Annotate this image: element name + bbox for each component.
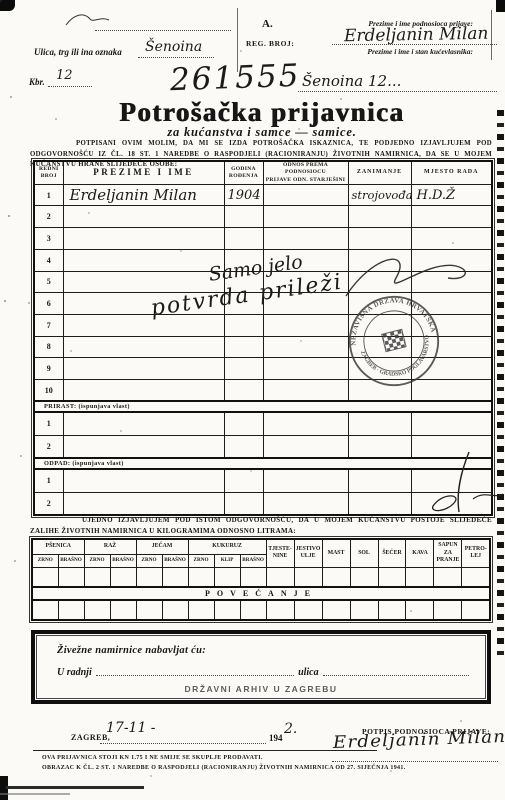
household-cell-num: 1 (34, 184, 63, 206)
household-header-cell: ZANIMANJE (348, 161, 411, 184)
supplies-table: PŠENICARAŽJEČAMKUKURUZTJESTE- NINEJESTIV… (31, 538, 491, 621)
prirast-row-num: 1 (34, 412, 63, 435)
supplies-increase-row (32, 600, 490, 620)
household-cell-name (63, 271, 224, 293)
household-cell-relation (263, 293, 348, 315)
supplies-increase-row-cell (322, 600, 350, 620)
section-letter: A. (262, 18, 273, 30)
supplies-stock-row (32, 567, 490, 587)
supplies-stock-row-cell (58, 567, 84, 587)
supplies-group-header: TJESTE- NINE (266, 539, 294, 567)
supplies-sub-header: KLIP (214, 554, 240, 567)
supplies-increase-row-cell (294, 600, 322, 620)
date-dotted-line (100, 743, 266, 744)
household-cell-year (224, 228, 263, 250)
procurement-title: Živežne namirnice nabavljat ću: (57, 645, 206, 656)
supplies-increase-row-cell (162, 600, 188, 620)
supplies-increase-row-cell (136, 600, 162, 620)
supplies-increase-row-cell (84, 600, 110, 620)
street-label: Ulica, trg ili ina oznaka (34, 47, 122, 57)
household-cell-relation (263, 206, 348, 228)
supplies-sub-header: BRAŠNO (240, 554, 266, 567)
household-cell-year (224, 358, 263, 380)
scan-noise (0, 0, 2, 2)
torn-paper-edge (497, 110, 504, 658)
odpad-row-cell (263, 492, 348, 515)
household-cell-num: 4 (34, 249, 63, 271)
stamp-coat-of-arms (382, 329, 406, 351)
household-cell-occupation (348, 228, 411, 250)
supplies-sub-header: BRAŠNO (162, 554, 188, 567)
household-cell-name: Erdeljanin Milan (63, 184, 224, 206)
form-subtitle: za kućanstva i samce — samice. (33, 125, 491, 140)
household-cell-num: 9 (34, 358, 63, 380)
footer-legal-note: OBRAZAC K ČL. 2 ST. 1 NAREDBE O RASPODJE… (42, 765, 406, 771)
prirast-row: 1 (34, 412, 492, 435)
household-cell-relation (263, 184, 348, 206)
household-cell-num: 7 (34, 314, 63, 336)
street-value-handwritten: Šenoina (145, 39, 202, 55)
supplies-stock-row-cell (378, 567, 406, 587)
supplies-group-header: MAST (322, 539, 350, 567)
household-cell-relation (263, 379, 348, 401)
supplies-increase-row-cell (350, 600, 378, 620)
procurement-box: Živežne namirnice nabavljat ću: U radnji… (31, 630, 491, 704)
supplies-stock-row-cell (294, 567, 322, 587)
household-header-cell: GODINA ROĐENJA (224, 161, 263, 184)
kbr-label: Kbr. (29, 77, 45, 87)
date-handwritten: 17-11 - (106, 720, 156, 736)
household-cell-num: 5 (34, 271, 63, 293)
supplies-group-header: SOL (350, 539, 378, 567)
household-header-cell: PREZIME I IME (63, 161, 224, 184)
household-cell-relation (263, 228, 348, 250)
supplies-stock-row-cell (240, 567, 266, 587)
supplies-stock-row-cell (322, 567, 350, 587)
supplies-sub-header: ZRNO (188, 554, 214, 567)
supplies-group-header: PŠENICA (32, 539, 84, 554)
supplies-group-header: JESTIVO ULJE (294, 539, 322, 567)
prirast-row-cell (224, 435, 263, 458)
supplies-stock-row-cell (188, 567, 214, 587)
household-row: 10 (34, 379, 492, 401)
prirast-row-cell (263, 435, 348, 458)
supplies-increase-row-cell (110, 600, 136, 620)
kbr-dotted-line (48, 86, 92, 87)
household-cell-name (63, 358, 224, 380)
supplies-group-header-row: PŠENICARAŽJEČAMKUKURUZTJESTE- NINEJESTIV… (32, 539, 490, 554)
household-cell-year (224, 271, 263, 293)
supplies-group-header: PETRO- LEJ (462, 539, 490, 567)
footer-price-note: OVA PRIJAVNICA STOJI KN 1.75 I NE SMIJE … (42, 755, 263, 761)
supplies-group-header: JEČAM (136, 539, 188, 554)
city-label: ZAGREB, (71, 733, 110, 742)
supplies-increase-row-cell (188, 600, 214, 620)
household-cell-year: 1904 (224, 184, 263, 206)
prirast-row-cell (348, 435, 411, 458)
scan-smudge (0, 793, 70, 795)
supplies-sub-header: ZRNO (84, 554, 110, 567)
shop-label: U radnji (57, 667, 92, 678)
household-cell-year (224, 249, 263, 271)
supplies-increase-row-cell (462, 600, 490, 620)
household-cell-name (63, 249, 224, 271)
household-row: 2 (34, 206, 492, 228)
supplies-group-header: SAPUN ZA PRANJE (434, 539, 462, 567)
prirast-row-num: 2 (34, 435, 63, 458)
supplies-increase-row-cell (214, 600, 240, 620)
povecanje-row: POVEĆANJE (32, 587, 490, 600)
prirast-row-cell (224, 412, 263, 435)
supplies-stock-row-cell (84, 567, 110, 587)
supplies-stock-row-cell (214, 567, 240, 587)
household-cell-num: 2 (34, 206, 63, 228)
supplies-stock-row-cell (406, 567, 434, 587)
supplies-stock-row-cell (266, 567, 294, 587)
prirast-row-cell (411, 412, 492, 435)
odpad-row-cell (224, 492, 263, 515)
supplies-declaration-text: UJEDNO IZJAVLJUJEM POD ISTOM ODGOVORNOŠĆ… (30, 515, 492, 537)
household-cell-year (224, 206, 263, 228)
scan-smudge (6, 786, 144, 789)
supplies-sub-header: BRAŠNO (110, 554, 136, 567)
supplies-stock-row-cell (136, 567, 162, 587)
kbr-value-handwritten: 12 (56, 68, 73, 83)
header-divider (491, 10, 492, 60)
supplies-increase-row-cell (434, 600, 462, 620)
odpad-row-num: 1 (34, 469, 63, 492)
odpad-row-cell (348, 492, 411, 515)
household-cell-name (63, 379, 224, 401)
applicant-name-handwritten: Erdeljanin Milan (344, 24, 489, 47)
household-header-cell: REDNI BROJ (34, 161, 63, 184)
street-dotted-line (138, 57, 214, 58)
supplies-group-header: RAŽ (84, 539, 136, 554)
scan-corner-mark (496, 0, 505, 12)
household-cell-num: 6 (34, 293, 63, 315)
prirast-band: PRIRAST: (ispunjava vlast) (34, 401, 492, 412)
applicant-dotted-line (332, 44, 497, 45)
household-row: 3 (34, 228, 492, 250)
household-cell-occupation (348, 206, 411, 228)
household-cell-num: 8 (34, 336, 63, 358)
household-cell-workplace (411, 379, 492, 401)
scan-corner-mark (0, 0, 15, 11)
procurement-fill-line: U radnji ulica (57, 667, 473, 678)
household-header-row: REDNI BROJPREZIME I IMEGODINA ROĐENJAODN… (34, 161, 492, 184)
supplies-increase-row-cell (378, 600, 406, 620)
household-cell-workplace (411, 228, 492, 250)
household-cell-num: 3 (34, 228, 63, 250)
odpad-row-cell (63, 492, 224, 515)
supplies-sub-header: BRAŠNO (58, 554, 84, 567)
household-header-cell: MJESTO RADA (411, 161, 492, 184)
clerk-scribble (413, 450, 505, 518)
supplies-stock-row-cell (350, 567, 378, 587)
household-cell-name (63, 206, 224, 228)
registration-number-handwritten: 261555 (169, 58, 301, 99)
prirast-row-cell (63, 435, 224, 458)
prirast-row-cell (263, 412, 348, 435)
year-printed: 194 (269, 733, 283, 743)
ulica-label: ulica (298, 667, 319, 678)
household-cell-relation (263, 358, 348, 380)
landlord-dotted-line (298, 91, 497, 92)
household-cell-num: 10 (34, 379, 63, 401)
household-cell-year (224, 336, 263, 358)
supplies-stock-row-cell (462, 567, 490, 587)
supplies-increase-row-cell (58, 600, 84, 620)
ulica-dotted-line (323, 675, 469, 676)
supplies-group-header: KUKURUZ (188, 539, 266, 554)
supplies-table-body: POVEĆANJE (32, 567, 490, 620)
household-cell-name (63, 336, 224, 358)
household-cell-relation (263, 249, 348, 271)
household-cell-relation (263, 271, 348, 293)
prirast-label: PRIRAST: (ispunjava vlast) (34, 401, 492, 412)
odpad-row-num: 2 (34, 492, 63, 515)
supplies-sub-header: ZRNO (136, 554, 162, 567)
address-handwritten: Šenoina 12... (302, 72, 401, 90)
household-cell-year (224, 293, 263, 315)
scanned-form-page: A. REG. BROJ: Ulica, trg ili ina oznaka … (0, 0, 505, 800)
household-cell-relation (263, 336, 348, 358)
supplies-stock-row-cell (110, 567, 136, 587)
household-cell-year (224, 379, 263, 401)
prirast-row-cell (63, 412, 224, 435)
household-cell-name (63, 293, 224, 315)
household-cell-name (63, 314, 224, 336)
supplies-group-header: ŠEĆER (378, 539, 406, 567)
household-cell-year (224, 314, 263, 336)
supplies-increase-row-cell (32, 600, 58, 620)
supplies-stock-row-cell (162, 567, 188, 587)
supplies-stock-row-cell (32, 567, 58, 587)
odpad-row-cell (348, 469, 411, 492)
supplies-stock-row-cell (434, 567, 462, 587)
supplies-group-header: KAVA (406, 539, 434, 567)
household-header-cell: ODNOS PREMA PODNOSIOCU PRIJAVE ODN. STAR… (263, 161, 348, 184)
household-cell-name (63, 228, 224, 250)
blank-dotted-line (95, 30, 231, 31)
shop-dotted-line (96, 675, 294, 676)
year-handwritten: 2. (284, 721, 297, 737)
prirast-row-cell (348, 412, 411, 435)
povecanje-label: POVEĆANJE (32, 587, 490, 600)
supplies-increase-row-cell (406, 600, 434, 620)
supplies-sub-header: ZRNO (32, 554, 58, 567)
household-cell-workplace (411, 206, 492, 228)
odpad-row-cell (63, 469, 224, 492)
household-cell-relation (263, 314, 348, 336)
archive-stamp-text: DRŽAVNI ARHIV U ZAGREBU (35, 684, 487, 694)
reg-broj-label: REG. BROJ: (246, 39, 295, 48)
landlord-label: Prezime i ime i stan kućevlasnika: (298, 47, 473, 56)
pen-squiggle (64, 10, 112, 30)
household-cell-occupation: strojovođa (348, 184, 411, 206)
odpad-row-cell (263, 469, 348, 492)
supplies-increase-row-cell (266, 600, 294, 620)
odpad-row-cell (224, 469, 263, 492)
footer-rule (33, 750, 377, 751)
form-title: Potrošačka prijavnica (33, 97, 491, 128)
supplies-increase-row-cell (240, 600, 266, 620)
household-row: 1Erdeljanin Milan1904strojovođaH.D.Ž (34, 184, 492, 206)
household-cell-workplace: H.D.Ž (411, 184, 492, 206)
signature-dotted-line (332, 761, 498, 762)
